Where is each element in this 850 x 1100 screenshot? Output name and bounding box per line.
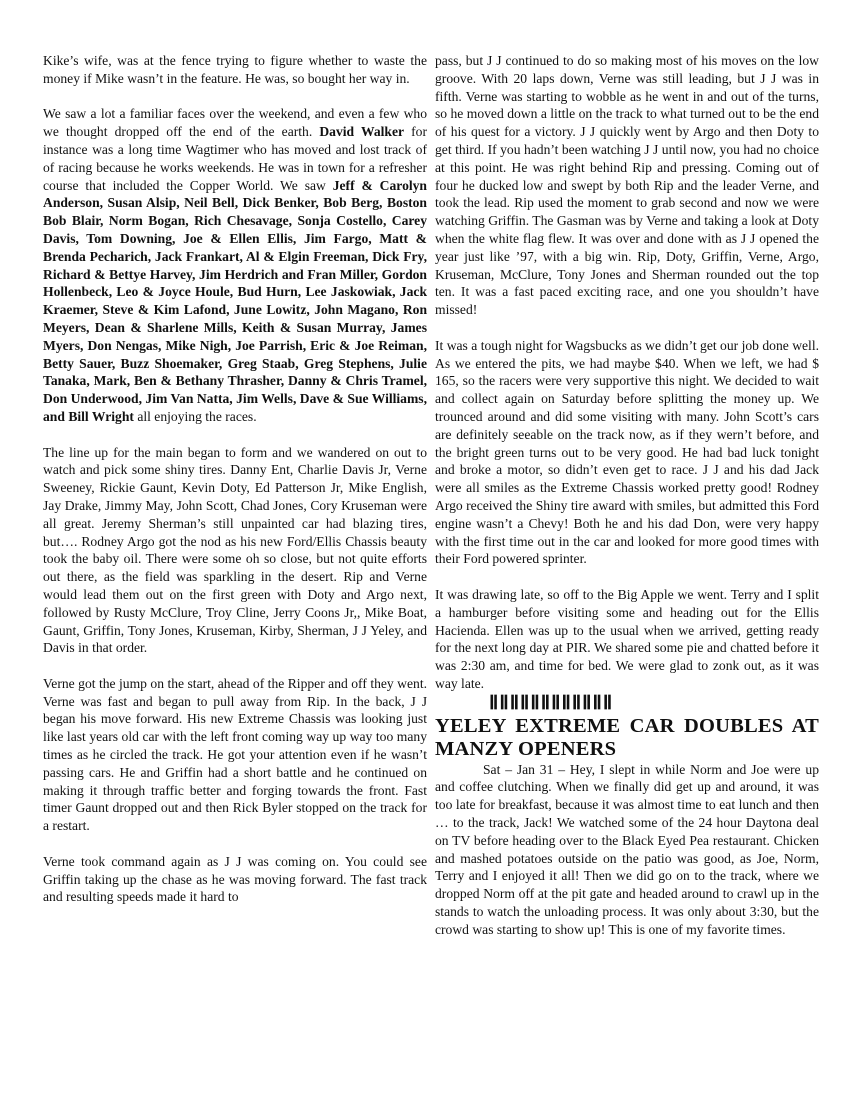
paragraph-saturday: Sat – Jan 31 – Hey, I slept in while Nor…	[435, 761, 819, 939]
paragraph-command: Verne took command again as J J was comi…	[43, 853, 427, 906]
right-column: pass, but J J continued to do so making …	[435, 52, 819, 939]
left-column: Kike’s wife, was at the fence trying to …	[43, 52, 427, 906]
bold-names-list: Jeff & Carolyn Anderson, Susan Alsip, Ne…	[43, 178, 427, 424]
paragraph-race-finish: pass, but J J continued to do so making …	[435, 52, 819, 319]
paragraph-big-apple: It was drawing late, so off to the Big A…	[435, 586, 819, 693]
section-divider-ornament: ⅡⅡⅡⅡⅡⅡⅡⅡⅡⅡⅡⅡ	[435, 693, 819, 715]
paragraph-familiar-faces: We saw a lot a familiar faces over the w…	[43, 105, 427, 425]
paragraph-wagsbucks: It was a tough night for Wagsbucks as we…	[435, 337, 819, 568]
paragraph-kikes-wife: Kike’s wife, was at the fence trying to …	[43, 52, 427, 88]
article-headline: YELEY EXTREME CAR DOUBLES AT MANZY OPENE…	[435, 715, 819, 761]
paragraph-lineup: The line up for the main began to form a…	[43, 444, 427, 658]
text-outro: all enjoying the races.	[134, 409, 257, 424]
bold-name-david-walker: David Walker	[319, 124, 404, 139]
paragraph-start: Verne got the jump on the start, ahead o…	[43, 675, 427, 835]
